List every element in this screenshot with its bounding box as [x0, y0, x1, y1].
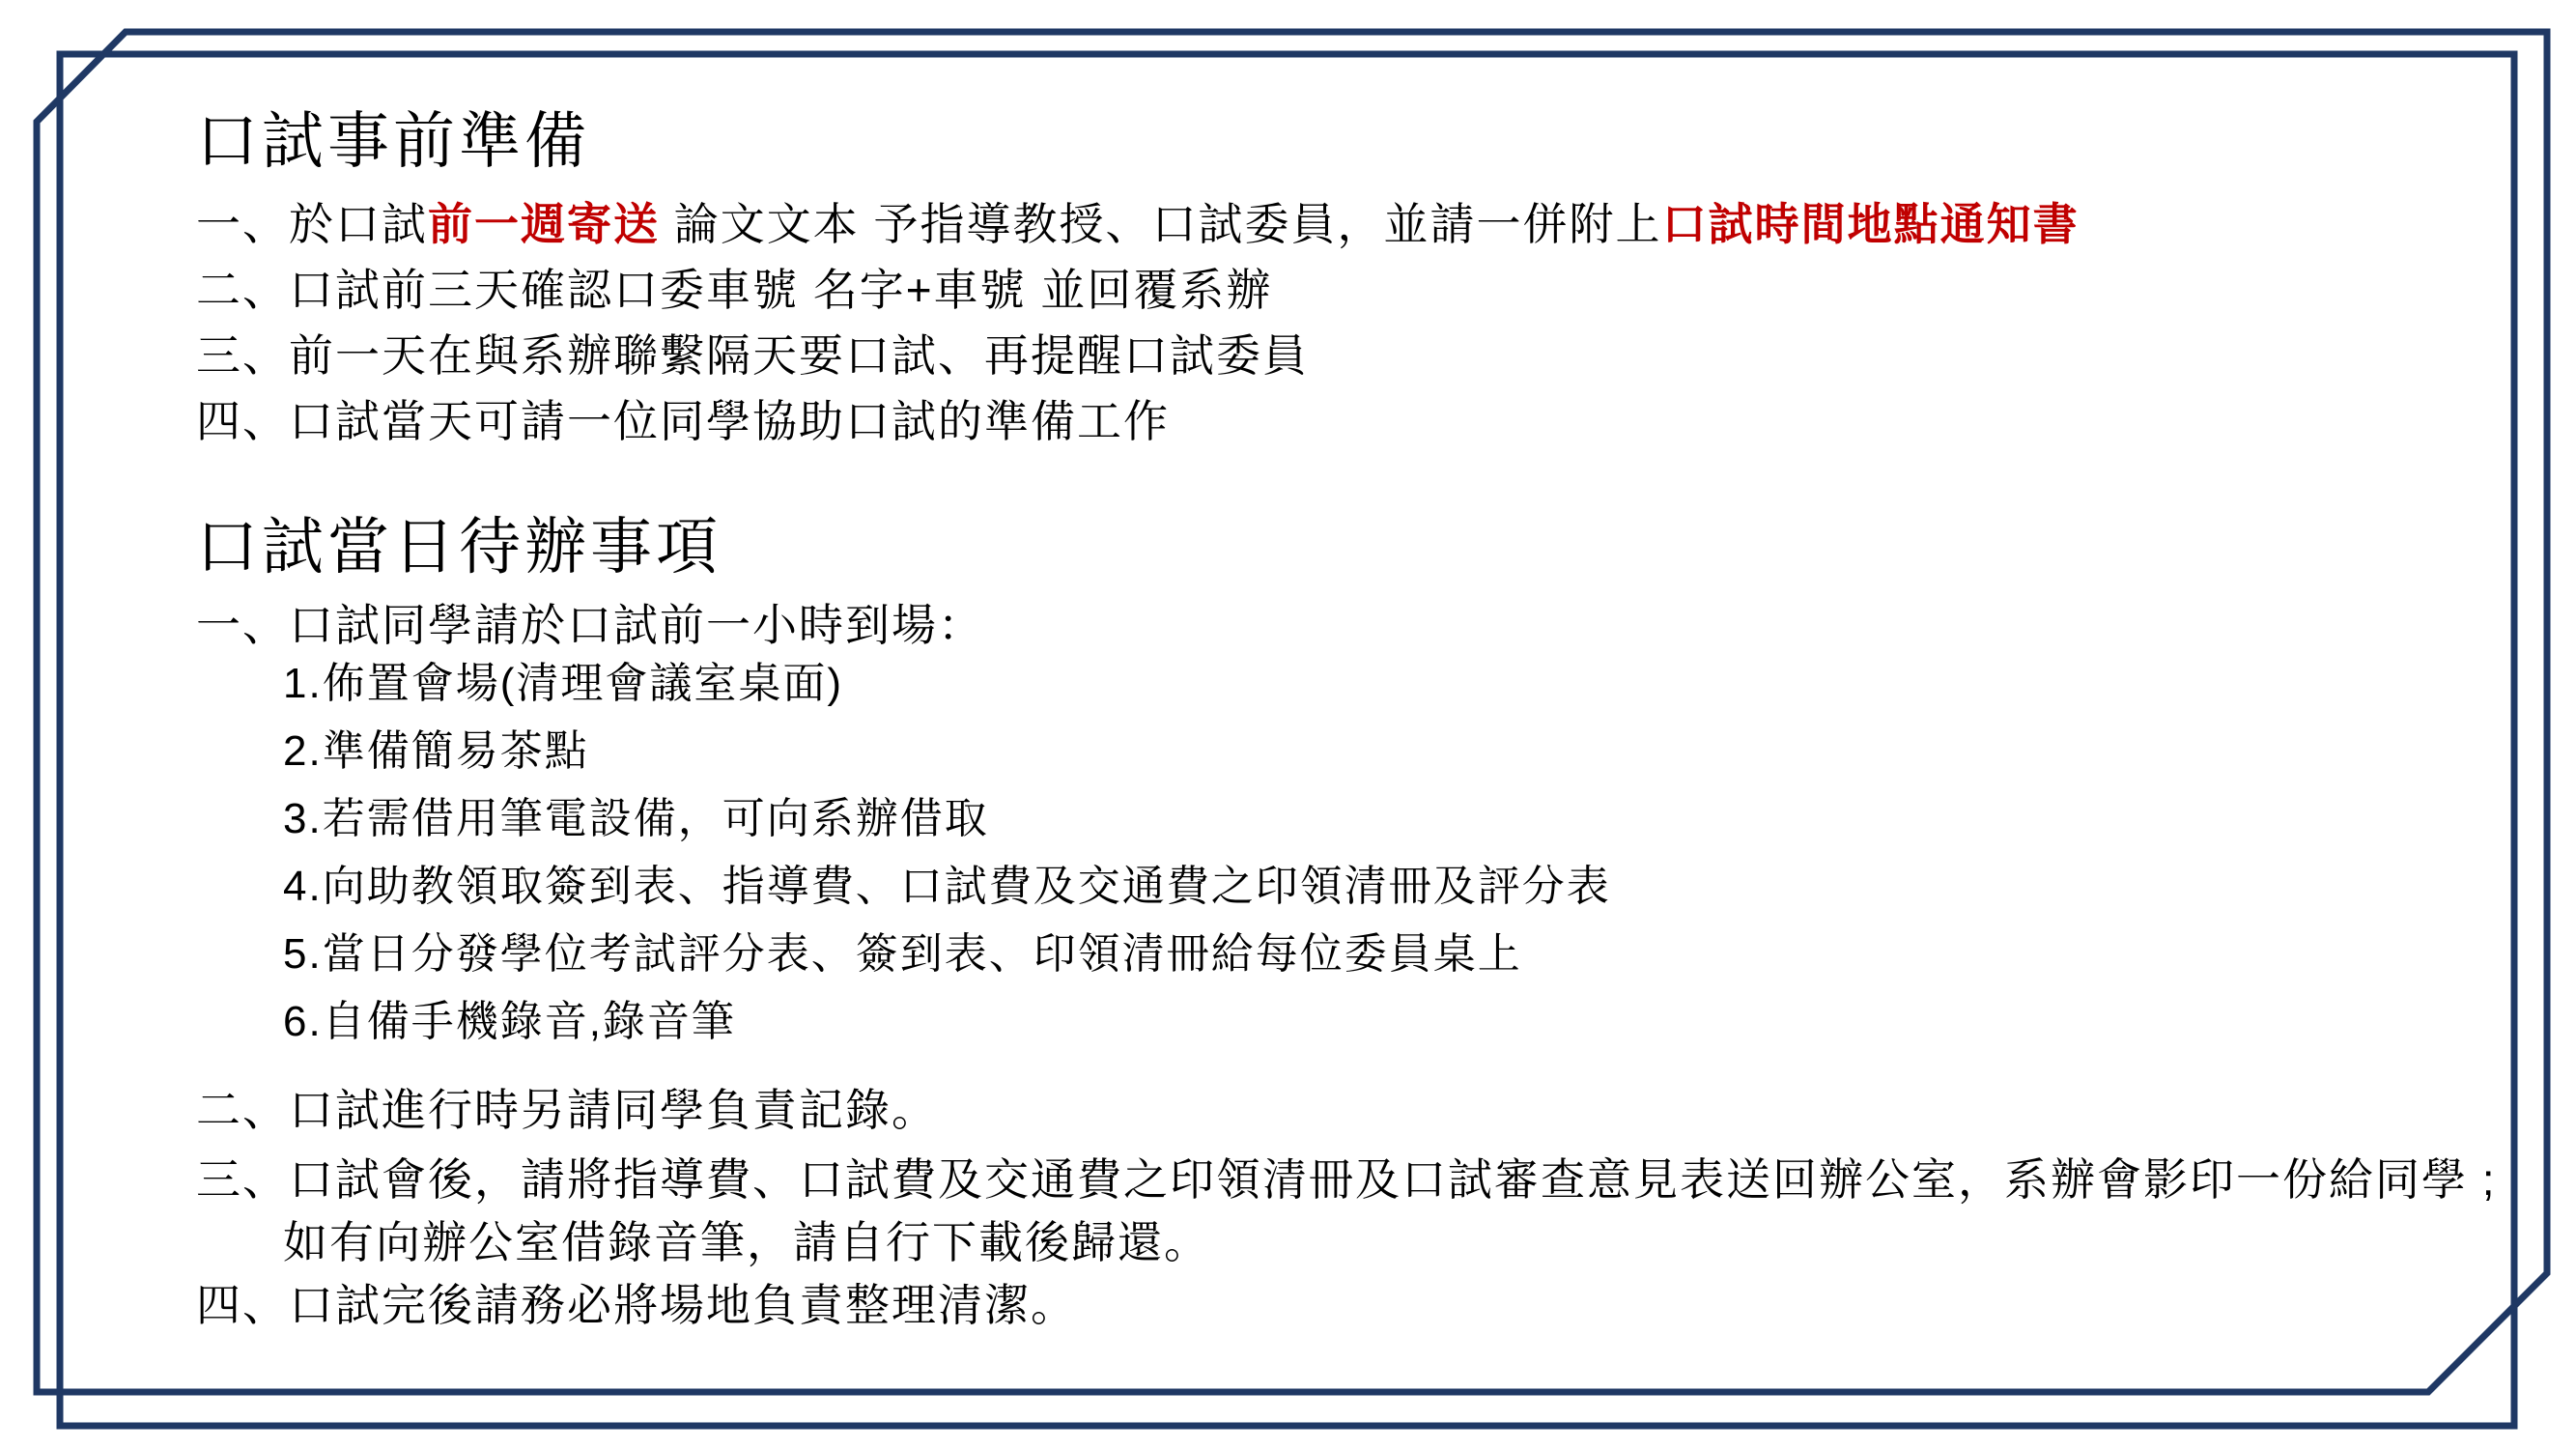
prep-step-2: 二、口試前三天確認口委車號 名字+車號 並回覆系辦	[196, 264, 1272, 317]
day-substep-4: 4.向助教領取簽到表、指導費、口試費及交通費之印領清冊及評分表	[283, 862, 1611, 913]
prep-step-1: 一、於口試前一週寄送 論文文本 予指導教授、口試委員，並請一併附上口試時間地點通…	[196, 198, 2080, 251]
day-step-4: 四、口試完後請務必將場地負責整理清潔。	[196, 1279, 1077, 1332]
prep-step-3: 三、前一天在與系辦聯繫隔天要口試、再提醒口試委員	[196, 329, 1309, 383]
day-step-3: 三、口試會後，請將指導費、口試費及交通費之印領清冊及口試審查意見表送回辦公室，系…	[196, 1153, 2497, 1207]
day-step-1: 一、口試同學請於口試前一小時到場：	[196, 599, 984, 652]
day-step-3-continued: 如有向辦公室借錄音筆，請自行下載後歸還。	[283, 1216, 1210, 1269]
prep-step-1-highlight-b: 口試時間地點通知書	[1662, 199, 2080, 249]
day-substep-5: 5.當日分發學位考試評分表、簽到表、印領清冊給每位委員桌上	[283, 929, 1522, 980]
prep-step-1-highlight-a: 前一週寄送	[428, 199, 660, 249]
prep-step-1-text-a: 一、於口試	[196, 199, 428, 249]
prep-step-1-text-b: 論文文本 予指導教授、口試委員，並請一併附上	[660, 199, 1662, 249]
prep-step-4: 四、口試當天可請一位同學協助口試的準備工作	[196, 395, 1170, 448]
section-prep-title: 口試事前準備	[196, 104, 590, 179]
day-substep-2: 2.準備簡易茶點	[283, 726, 589, 778]
slide-canvas: { "colors": { "frame_navy": "#1F3864", "…	[0, 0, 2576, 1449]
day-substep-1: 1.佈置會場(清理會議室桌面)	[283, 659, 843, 710]
day-substep-3: 3.若需借用筆電設備，可向系辦借取	[283, 794, 989, 845]
day-step-2: 二、口試進行時另請同學負責記錄。	[196, 1084, 938, 1137]
section-day-title: 口試當日待辦事項	[196, 510, 722, 584]
day-substep-6: 6.自備手機錄音,錄音筆	[283, 997, 736, 1048]
